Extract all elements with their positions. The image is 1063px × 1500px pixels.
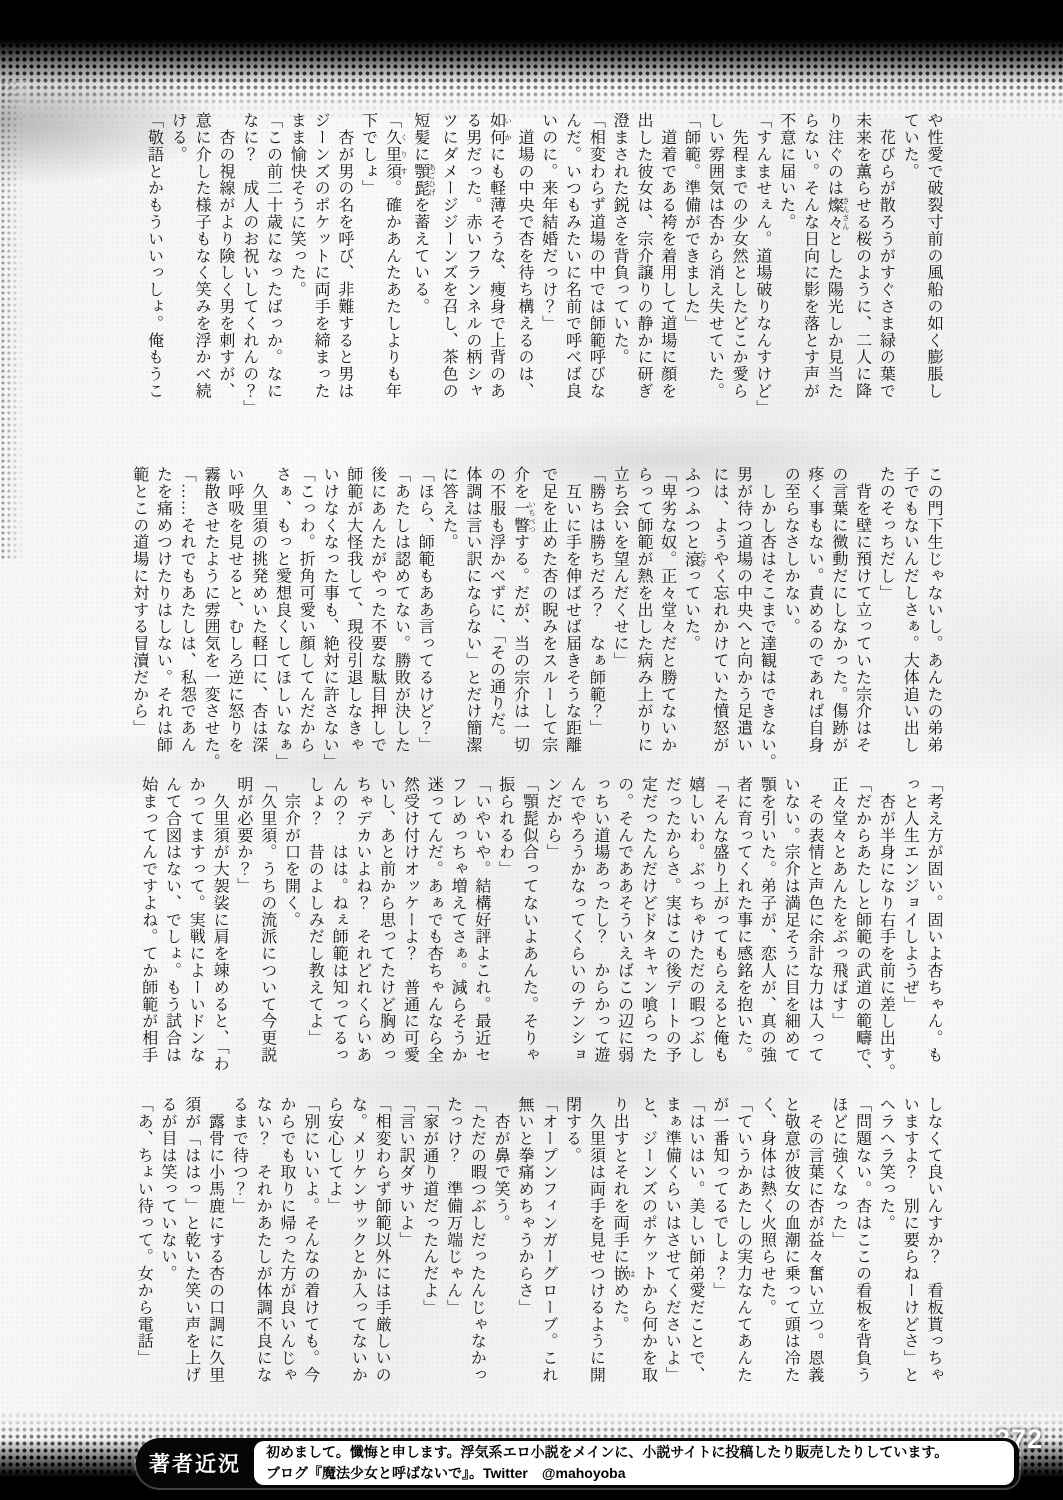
text-column: 「言い訳ダサいよ」 [393,1096,417,1383]
text-column: 「すんませぇん。道場破りなんすけど」 [750,112,774,416]
author-status-line2: ブログ『魔法少女と呼ばないで』。Twitter @mahoyoba [266,1463,1002,1484]
text-column: に答えた。 [436,466,460,770]
text-column: 不意に届いた。 [774,112,798,416]
text-column: 「久里須。うちの流派について今更説 [255,776,279,1080]
text-column: 久里須の挑発めいた軽口に、杏は深 [246,466,270,770]
text-column: 「そんな盛り上がってもらえると俺も [707,776,731,1080]
text-column: しょ？ 昔のよしみだし教えてよ」 [302,776,326,1080]
text-column: 澄まされた鋭さを背負っていた。 [607,112,631,416]
text-column: 「はいはい。美しい師弟愛だことで、 [683,1096,707,1383]
text-column: いし、あと前から思ってたけど胸めっ [374,776,398,1080]
text-column: しなくて良いんすか？ 看板貰っちゃ [921,1096,945,1383]
text-column: 意に介した様子もなく笑みを浮かべ続 [189,112,213,416]
text-column: 始まってんですよね。てか師範が相手 [136,776,160,1080]
text-column: 「ていうかあたしの実力なんてあんた [731,1096,755,1383]
text-column: 介を一瞥いちべつする。だが、当の宗介は一切 [508,466,536,770]
text-column: 「敬語とかもういいっしょ。俺もうこ [142,112,166,416]
halftone-top-border [0,0,1063,118]
text-column: 道着である袴を着用して道場に顔を [655,112,679,416]
text-column: と、ジーンズのポケットから何かを取 [636,1096,660,1383]
text-column: の不服も浮かべずに、「その通りだ。 [484,466,508,770]
text-column: なに？ 成人のお祝いしてくれんの？」 [237,112,261,416]
text-column: 杏が半身になり右手を前に差し出す。 [874,776,898,1080]
text-column: 背を壁に預けて立っていた宗介はそ [850,466,874,770]
text-column: と敬意が彼女の血潮に乗って頭は冷た [778,1096,802,1383]
text-column: 露骨に小馬鹿にする杏の口調に久里 [203,1096,227,1383]
text-column: 体調は言い訳にならない」とだけ簡潔 [460,466,484,770]
author-status-label: 著者近況 [136,1448,254,1478]
text-column: には、ようやく忘れかけていた憤怒が [707,466,731,770]
text-column: 「あたしは認めてない。勝敗が決した [389,466,413,770]
halftone-left-edge [0,80,28,560]
text-column: 久里須は両手を見せつけるように開 [584,1096,608,1383]
text-column: 須が「ははっ」と乾いた笑い声を上げ [179,1096,203,1383]
text-column: 「相変わらず師範以外には手厳しいの [369,1096,393,1383]
text-column: 「久里須くりす。確かあんたあたしよりも年 [380,112,408,416]
text-column: 「この前二十歳になったばっか。なに [261,112,285,416]
text-band-2: この門下生じゃないし。あんたの弟弟子でもないんだしさぁ。大体追い出したのそっちだ… [127,466,945,770]
text-column: 杏が鼻で笑う。 [488,1096,512,1383]
text-column: 疼く事もない。責めるのであれば自身 [802,466,826,770]
author-status-line1: 初めまして。懺悔と申します。浮気系エロ小説をメインに、小説サイトに投稿したり販売… [266,1442,1002,1463]
text-column: んて合図はない、でしょ。もう試合は [160,776,184,1080]
text-column: り出すとそれを両手に嵌はめた。 [607,1096,635,1383]
text-column: 嬉しいわ。ぶっちゃけただの暇つぶし [683,776,707,1080]
text-column: いけなくなった事も、絶対に許さない」 [317,466,341,770]
text-column: 「ほら、師範もああ言ってるけど？」 [412,466,436,770]
text-column: く、身体は熱く火照らせた。 [755,1096,779,1383]
text-column: ンだから」 [540,776,564,1080]
text-column: んの？ はは。ねぇ師範は知ってるっ [326,776,350,1080]
text-column: 無いと拳痛めちゃうからさ」 [512,1096,536,1383]
text-column: 振られるわ」 [493,776,517,1080]
text-column: まま愉快そうに笑った。 [284,112,308,416]
text-column: 「師範。準備ができました」 [679,112,703,416]
text-column: 立ち会いを望んだくせに」 [607,466,631,770]
text-column: ほどに強くなった」 [826,1096,850,1383]
text-column: 「いやいや。結構好評よこれ。最近セ [469,776,493,1080]
text-column: ていた。 [897,112,921,416]
author-status-bar: 著者近況 初めまして。懺悔と申します。浮気系エロ小説をメインに、小説サイトに投稿… [136,1438,1019,1488]
text-column: 閉する。 [560,1096,584,1383]
text-band-4: しなくて良いんすか？ 看板貰っちゃいますよ？ 別に要らねーけどさ」とヘラヘラ笑っ… [131,1096,945,1383]
text-column: しかし杏はそこまで達観はできない。 [755,466,779,770]
text-column: 「相変わらず道場の中では師範呼びな [584,112,608,416]
text-column: かってますって。実戦によーいドンな [184,776,208,1080]
text-column: らって師範が熱を出した病み上がりに [631,466,655,770]
text-column: 「ただの暇つぶしだったんじゃなかっ [465,1096,489,1383]
text-column: が一番知ってるでしょ？」 [707,1096,731,1383]
text-column: 出した彼女は、宗介譲りの静かに研ぎ [631,112,655,416]
text-column: り注ぐのは燦々さんさんとした陽光しか見当た [822,112,850,416]
text-column: んだ。いつもみたいに名前で呼べば良 [560,112,584,416]
text-column: しい雰囲気は杏から消え失せていた。 [703,112,727,416]
text-column: 顎を引いた。弟子が、恋人が、真の強 [755,776,779,1080]
text-column: 「家が通り道だったんだよ」 [417,1096,441,1383]
text-column: ヘラヘラ笑った。 [874,1096,898,1383]
text-column: 「別にいいよ。そんなの着けても。今 [298,1096,322,1383]
scanned-novel-page: や性愛で破裂寸前の風船の如く膨脹していた。 花びらが散ろうがすぐさま緑の葉で未来… [0,0,1063,1500]
text-column: 「顎髭似合ってないよあんた。そりゃ [517,776,541,1080]
text-column: 「あ、ちょい待って。女から電話」 [131,1096,155,1383]
text-column: その言葉に杏が益々奮い立つ。恩義 [802,1096,826,1383]
text-column: ける。 [166,112,190,416]
text-column: るが目は笑っていない。 [155,1096,179,1383]
text-column: からでも取りに帰った方が良いんじゃ [274,1096,298,1383]
text-column: 「……それでもあたしは、私怨であん [175,466,199,770]
text-column: 花びらが散ろうがすぐさま緑の葉で [874,112,898,416]
text-column: い呼吸を見せると、むしろ逆に怒りを [222,466,246,770]
text-column: 杏の視線がより険しく男を刺すが、 [213,112,237,416]
text-column: 如何いかにも軽薄そうな、痩身で上背のあ [484,112,512,416]
text-column: らない。そんな日向に影を落とす声が [798,112,822,416]
text-column: ツにダメージジーンズを召し、茶色の [436,112,460,416]
text-column: まぁ準備くらいはさせてくださいよ」 [659,1096,683,1383]
text-column: 宗介が口を開く。 [279,776,303,1080]
text-column: や性愛で破裂寸前の風船の如く膨脹し [921,112,945,416]
text-column: 定だったんだけどドタキャン喰らった [636,776,660,1080]
text-column: 「勝ちは勝ちだろ？ なぁ師範？」 [584,466,608,770]
text-column: 「考え方が固い。固いよ杏ちゃん。も [921,776,945,1080]
text-column: んでやろうかなってくらいのテンショ [564,776,588,1080]
text-column: 者に育ってくれた事に感銘を抱いた。 [731,776,755,1080]
text-column: 迷ってんだ。あぁでも杏ちゃんなら全 [421,776,445,1080]
text-column: ふつふつと滾たぎっていた。 [679,466,707,770]
text-column: 霧散させたように雰囲気を一変させた。 [198,466,222,770]
text-column: の至らなさしかない。 [778,466,802,770]
text-column: ちゃデカいよね？ それどれくらいあ [350,776,374,1080]
text-column: フレめっちゃ増えてさぁ。減らそうか [445,776,469,1080]
author-status-text: 初めまして。懺悔と申します。浮気系エロ小説をメインに、小説サイトに投稿したり販売… [254,1441,1014,1485]
text-column: の。そんでああそういえばこの辺に弱 [612,776,636,1080]
text-column: 「問題ない。杏はここの看板を背負う [850,1096,874,1383]
text-column: 互いに手を伸ばせば届きそうな距離 [560,466,584,770]
text-column: いのに。来年結婚だっけ？」 [536,112,560,416]
text-column: 久里須が大袈裟に肩を竦めると、「わ [207,776,231,1080]
text-column: 「卑劣な奴。正々堂々だと勝てないか [655,466,679,770]
text-column: いない。宗介は満足そうに目を細めて [778,776,802,1080]
text-column: たを痛めつけたりはしない。それは師 [151,466,175,770]
text-column: るまで待つ？」 [227,1096,251,1383]
text-column: っと人生エンジョイしようぜ」 [897,776,921,1080]
text-column: この門下生じゃないし。あんたの弟弟 [921,466,945,770]
text-column: たっけ？ 準備万端じゃん」 [441,1096,465,1383]
text-column: 然受け付けオッケーよ？ 普通に可愛 [398,776,422,1080]
text-column: 「こっわ。折角可愛い顔してんだから [293,466,317,770]
text-column: 正々堂々とあんたをぶっ飛ばす」 [826,776,850,1080]
text-column: ら安心してよ」 [322,1096,346,1383]
text-column: で足を止めた杏の睨みをスルーして宗 [536,466,560,770]
text-column: 下でしょ」 [356,112,380,416]
text-column: 範とこの道場に対する冒瀆だから」 [127,466,151,770]
text-column: 「オープンフィンガーグローブ。これ [536,1096,560,1383]
text-column: その表情と声色に余計な力は入って [802,776,826,1080]
text-column: 短髪に顎髭あごひげを蓄えている。 [408,112,436,416]
text-column: だったからさ。実はこの後デートの予 [659,776,683,1080]
text-column: 道場の中央で杏を待ち構えるのは、 [512,112,536,416]
text-column: っちい道場あったし？ からかって遊 [588,776,612,1080]
text-column: の言葉に微動だにしなかった。傷跡が [826,466,850,770]
text-column: 明が必要か？」 [231,776,255,1080]
text-column: 先程までの少女然としたどこか愛ら [726,112,750,416]
text-column: 杏が男の名を呼び、非難すると男は [332,112,356,416]
text-band-1: や性愛で破裂寸前の風船の如く膨脹していた。 花びらが散ろうがすぐさま緑の葉で未来… [142,112,945,416]
text-column: たのそっちだし」 [874,466,898,770]
text-column: 「だからあたしと師範の武道の範疇で、 [850,776,874,1080]
text-band-3: 「考え方が固い。固いよ杏ちゃん。もっと人生エンジョイしようぜ」 杏が半身になり右… [136,776,945,1080]
text-column: 師範が大怪我して、現役引退しなきゃ [341,466,365,770]
text-column: 未来を薫らせる桜のように、二人に降 [850,112,874,416]
text-column: ない？ それかあたしが体調不良にな [250,1096,274,1383]
text-column: 男が待つ道場の中央へと向かう足遣い [731,466,755,770]
text-column: 後にあんたがやった不要な駄目押しで [365,466,389,770]
text-column: さぁ、もっと愛想良くしてほしいなぁ」 [270,466,294,770]
text-column: る男だった。赤いフランネルの柄シャ [460,112,484,416]
text-column: ジーンズのポケットに両手を締まった [308,112,332,416]
text-column: 子でもないんだしさぁ。大体追い出し [897,466,921,770]
text-column: いますよ？ 別に要らねーけどさ」と [897,1096,921,1383]
text-column: な。メリケンサックとか入ってないか [346,1096,370,1383]
